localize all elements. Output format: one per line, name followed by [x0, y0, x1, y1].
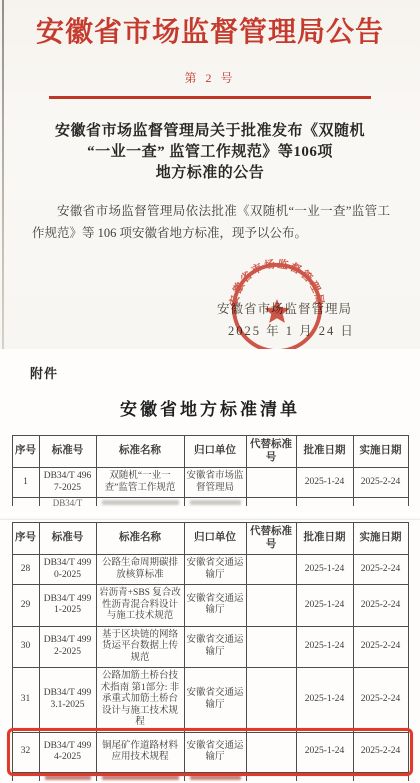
table-row-highlighted: 32DB34/T 4994-2025铜尾矿作道路材料应用技术规程安徽省交通运输厅…	[12, 732, 408, 772]
col-header-approved: 批准日期	[296, 436, 353, 468]
cell-no	[12, 772, 39, 781]
cell-std: DB34/T 4967-2025	[39, 468, 96, 498]
cell-no: 28	[12, 555, 39, 585]
standards-table-2-section: 序号标准号标准名称归口单位代替标准号批准日期实施日期 28DB34/T 4990…	[0, 519, 420, 783]
col-header-std: 标准号	[39, 523, 96, 555]
cell-org: 安徽省交通运输厅	[184, 732, 246, 772]
cell-implemented: 2025-2-24	[353, 626, 408, 668]
col-header-replace: 代替标准号	[246, 436, 296, 468]
attachment-label: 附件	[0, 349, 420, 382]
cell-replace	[246, 626, 296, 668]
cell-approved: 2025-1-24	[296, 626, 353, 668]
cell-no: 1	[12, 468, 39, 498]
table-row: 31DB34/T 4993.1-2025公路加筋土桥台技术指南 第1部分: 非承…	[12, 668, 408, 733]
cell-replace	[246, 468, 296, 498]
subtitle-line-2: “一业一查” 监管工作规范》等106项	[0, 142, 420, 163]
col-header-implemented: 实施日期	[353, 436, 408, 468]
cell-implemented	[353, 498, 408, 507]
cell-implemented	[353, 772, 408, 781]
cell-name: 公路生命周期碳排放核算标准	[96, 555, 184, 585]
cell-org: 安徽省交通运输厅	[184, 585, 246, 627]
document-number: 第 2 号	[0, 69, 420, 86]
cell-replace	[246, 732, 296, 772]
gazette-title: 安徽省市场监督管理局公告	[6, 13, 414, 53]
cell-implemented: 2025-2-24	[353, 468, 408, 498]
table-row-partial: DB34/T	[12, 498, 408, 507]
col-header-name: 标准名称	[96, 436, 184, 468]
cell-org: 安徽省交通运输厅	[184, 626, 246, 668]
cell-replace	[246, 555, 296, 585]
cell-name	[96, 772, 184, 781]
announcement-section: 安徽省市场监督管理局公告 第 2 号 安徽省市场监督管理局关于批准发布《双随机 …	[0, 0, 420, 349]
cell-no	[12, 498, 39, 507]
cell-std: DB34/T	[39, 498, 96, 507]
announcement-body: 安徽省市场监督管理局依法批准《双随机“一业一查”监管工作规范》等 106 项安徽…	[32, 200, 390, 244]
col-header-std: 标准号	[39, 436, 96, 468]
col-header-implemented: 实施日期	[353, 523, 408, 555]
cell-std: DB34/T 4993.1-2025	[39, 668, 96, 733]
cell-no: 30	[12, 626, 39, 668]
standards-list-title: 安徽省地方标准清单	[0, 395, 420, 420]
cell-org	[184, 498, 246, 507]
announcement-subtitle: 安徽省市场监督管理局关于批准发布《双随机 “一业一查” 监管工作规范》等106项…	[0, 121, 420, 184]
cell-name: 公路加筋土桥台技术指南 第1部分: 非承重式加筋土桥台设计与施工技术规程	[96, 668, 184, 733]
table-row: 28DB34/T 4990-2025公路生命周期碳排放核算标准安徽省交通运输厅2…	[12, 555, 408, 585]
cell-approved	[296, 498, 353, 507]
cell-implemented: 2025-2-24	[353, 732, 408, 772]
col-header-org: 归口单位	[184, 523, 246, 555]
cell-implemented: 2025-2-24	[353, 668, 408, 733]
cell-std: DB34/T 4990-2025	[39, 555, 96, 585]
cell-approved: 2025-1-24	[296, 732, 353, 772]
cell-implemented: 2025-2-24	[353, 555, 408, 585]
cell-no: 29	[12, 585, 39, 627]
table-row: 29DB34/T 4991-2025岩沥青+SBS 复合改性沥青混合料设计与施工…	[12, 585, 408, 627]
cell-approved: 2025-1-24	[296, 468, 353, 498]
standards-table-1: 序号标准号标准名称归口单位代替标准号批准日期实施日期 1DB34/T 4967-…	[12, 435, 409, 506]
cell-org: 安徽省市场监督管理局	[184, 468, 246, 498]
table-row-partial	[12, 772, 408, 781]
col-header-no: 序号	[12, 523, 39, 555]
cell-org: 安徽省交通运输厅	[184, 555, 246, 585]
cell-replace	[246, 772, 296, 781]
cell-name	[96, 498, 184, 507]
attachment-section: 附件 安徽省地方标准清单 序号标准号标准名称归口单位代替标准号批准日期实施日期 …	[0, 349, 420, 513]
cell-approved: 2025-1-24	[296, 555, 353, 585]
table-header-row: 序号标准号标准名称归口单位代替标准号批准日期实施日期	[12, 523, 408, 555]
cell-replace	[246, 668, 296, 733]
col-header-org: 归口单位	[184, 436, 246, 468]
subtitle-line-3: 地方标准的公告	[0, 163, 420, 184]
cell-approved: 2025-1-24	[296, 585, 353, 627]
seal-star-icon	[264, 299, 289, 323]
cell-no: 31	[12, 668, 39, 733]
cell-std: DB34/T 4992-2025	[39, 626, 96, 668]
scan-edge-artifact	[2, 0, 4, 349]
table-header-row: 序号标准号标准名称归口单位代替标准号批准日期实施日期	[12, 436, 408, 468]
cell-std: DB34/T 4994-2025	[39, 732, 96, 772]
cell-no: 32	[12, 732, 39, 772]
official-red-seal: 安徽省市场监督管理局	[228, 259, 326, 349]
cell-replace	[246, 585, 296, 627]
cell-replace	[246, 498, 296, 507]
red-divider-rule	[49, 96, 371, 99]
table-row: 1DB34/T 4967-2025双随机“一业一查”监管工作规范安徽省市场监督管…	[12, 468, 408, 498]
cell-name: 双随机“一业一查”监管工作规范	[96, 468, 184, 498]
col-header-name: 标准名称	[96, 523, 184, 555]
cell-org: 安徽省交通运输厅	[184, 668, 246, 733]
table-row: 30DB34/T 4992-2025基于区块链的网络货运平台数据上传规范安徽省交…	[12, 626, 408, 668]
cell-implemented: 2025-2-24	[353, 585, 408, 627]
standards-table-2: 序号标准号标准名称归口单位代替标准号批准日期实施日期 28DB34/T 4990…	[12, 522, 409, 781]
cell-name: 岩沥青+SBS 复合改性沥青混合料设计与施工技术规范	[96, 585, 184, 627]
cell-std	[39, 772, 96, 781]
col-header-replace: 代替标准号	[246, 523, 296, 555]
cell-approved: 2025-1-24	[296, 668, 353, 733]
subtitle-line-1: 安徽省市场监督管理局关于批准发布《双随机	[0, 121, 420, 142]
col-header-approved: 批准日期	[296, 523, 353, 555]
cell-org	[184, 772, 246, 781]
cell-name: 铜尾矿作道路材料应用技术规程	[96, 732, 184, 772]
cell-name: 基于区块链的网络货运平台数据上传规范	[96, 626, 184, 668]
cell-approved	[296, 772, 353, 781]
cell-std: DB34/T 4991-2025	[39, 585, 96, 627]
col-header-no: 序号	[12, 436, 39, 468]
